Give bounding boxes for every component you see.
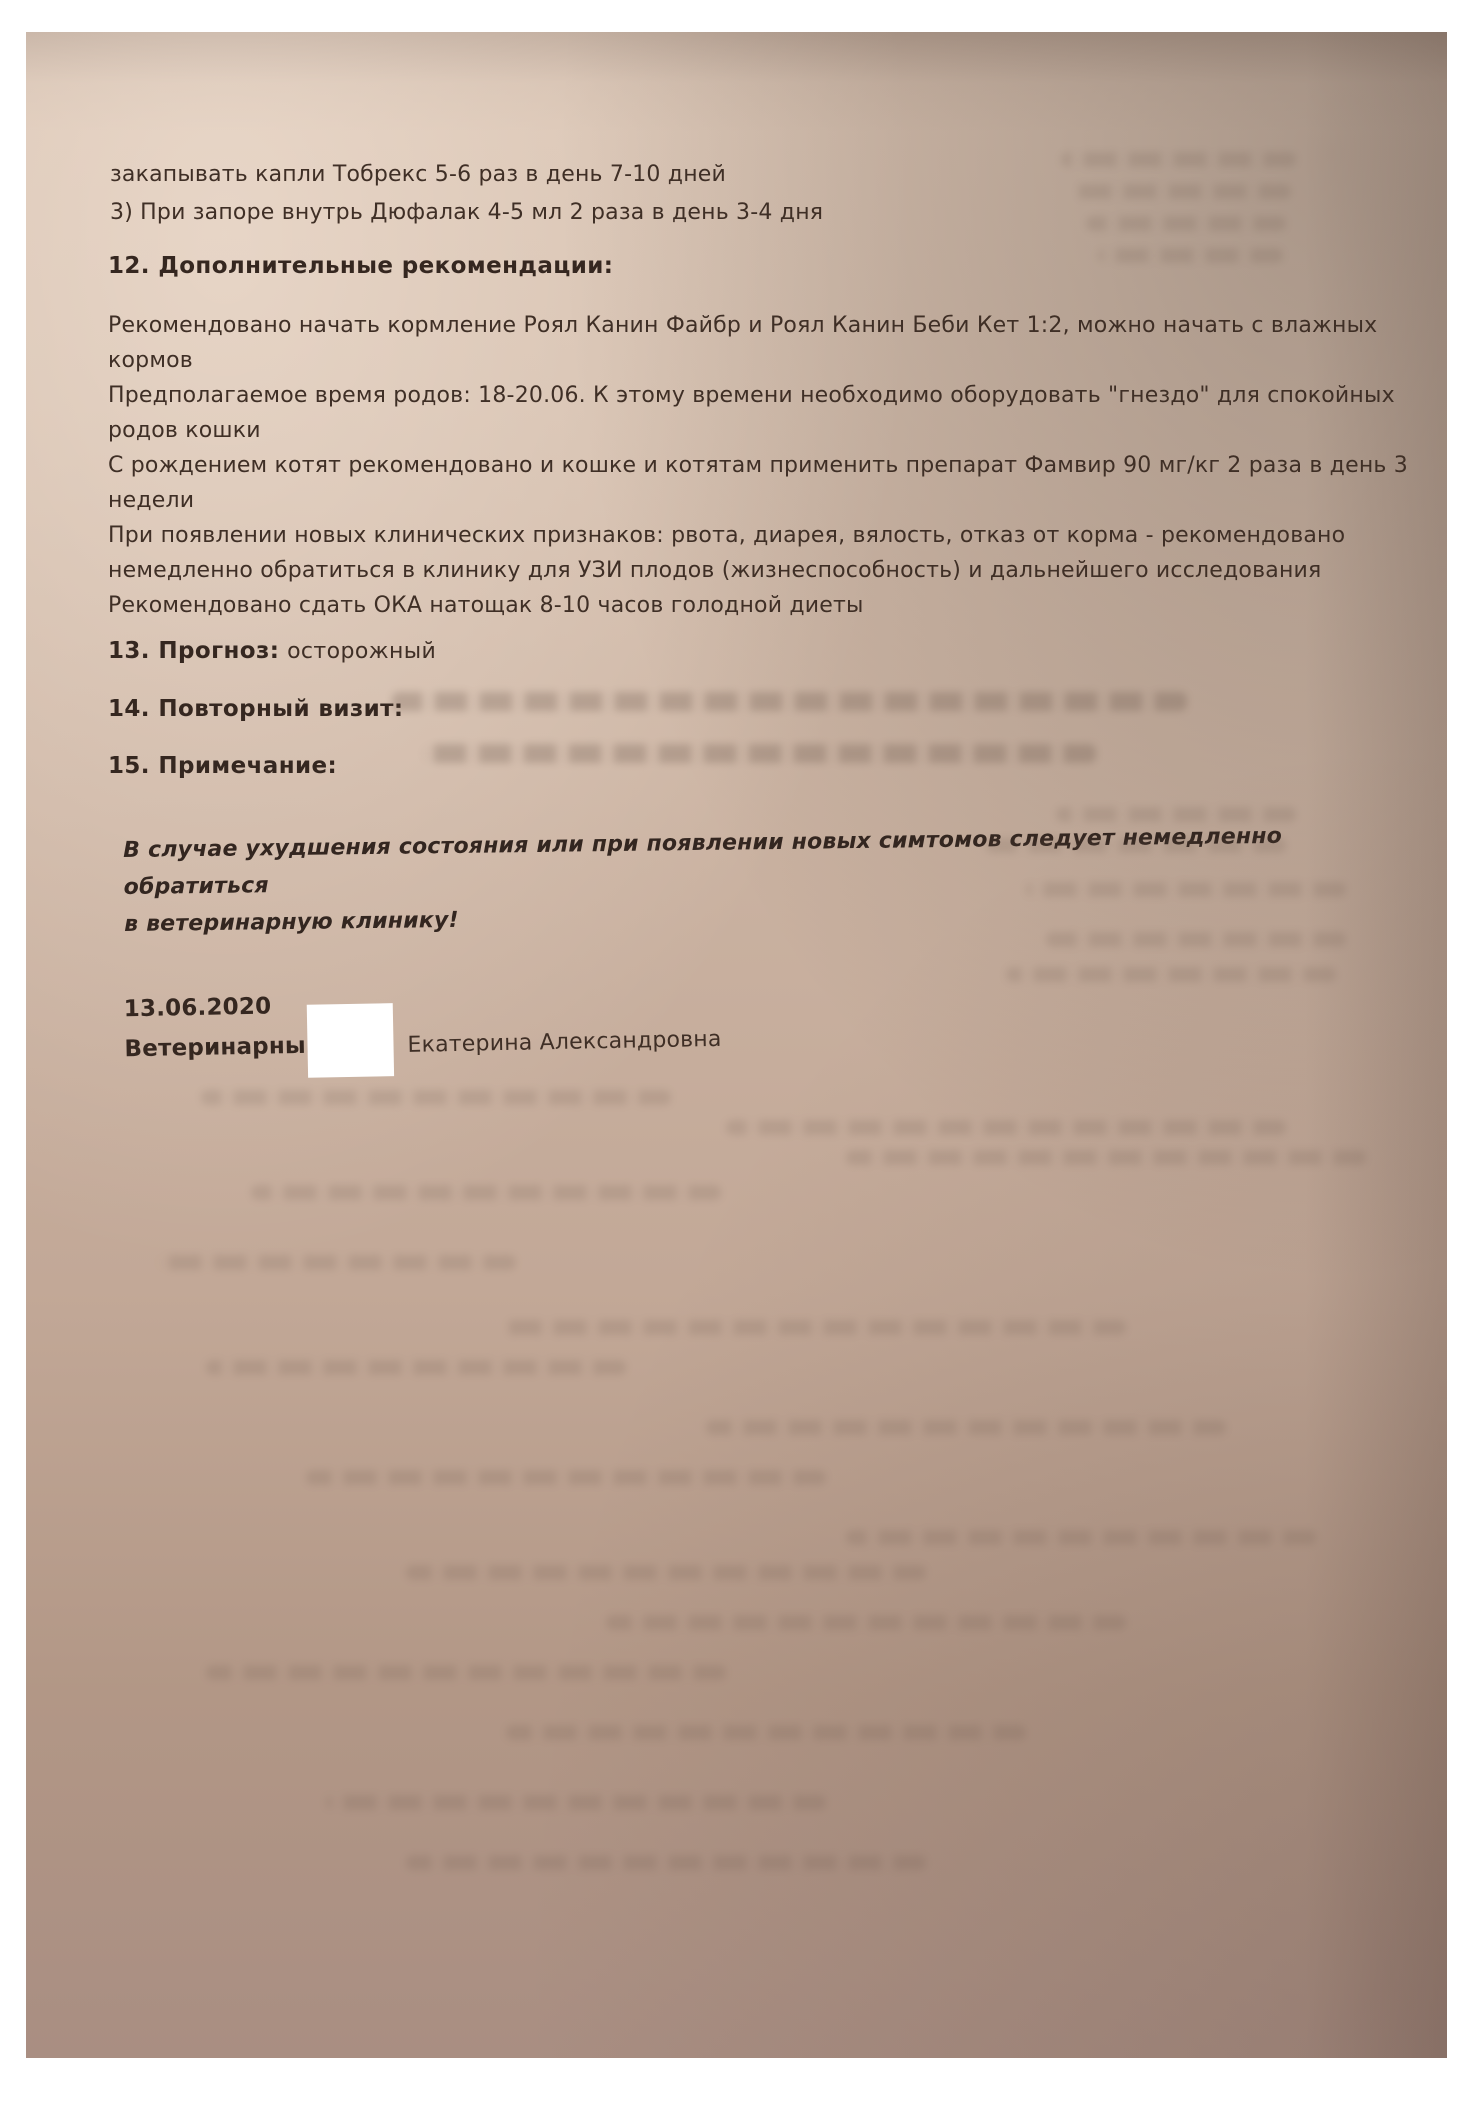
photo-background: закапывать капли Тобрекс 5-6 раз в день …	[0, 0, 1472, 2104]
bleedthrough-line	[326, 1795, 826, 1810]
document-photo: закапывать капли Тобрекс 5-6 раз в день …	[26, 32, 1447, 2058]
bleedthrough-title	[421, 744, 1096, 763]
bleedthrough-line	[1086, 216, 1286, 231]
bleedthrough-line	[251, 1185, 721, 1200]
bleedthrough-line	[206, 1360, 626, 1375]
bleedthrough-line	[1076, 184, 1291, 199]
bleedthrough-line	[206, 1665, 726, 1680]
bleedthrough-line	[406, 1565, 926, 1580]
bleedthrough-line	[846, 1150, 1366, 1165]
bleedthrough-line	[1006, 967, 1336, 982]
bleedthrough-line	[1098, 248, 1283, 263]
bleedthrough-line	[1046, 932, 1346, 947]
bleedthrough-line	[406, 1855, 926, 1870]
visit-date: 13.06.2020	[124, 993, 272, 1022]
bleedthrough-line	[1061, 152, 1296, 167]
bleedthrough-line	[1056, 807, 1296, 822]
bleedthrough-line	[506, 1320, 1126, 1335]
bleedthrough-line	[201, 1090, 671, 1105]
bleedthrough-line	[986, 838, 1286, 853]
bleedthrough-line	[846, 1530, 1316, 1545]
redaction-box	[307, 1003, 394, 1078]
bleedthrough-line	[506, 1725, 1026, 1740]
bleedthrough-line	[726, 1120, 1286, 1135]
bleedthrough-line	[156, 1255, 516, 1270]
footer-group: 13.06.2020 Ветеринарный врач Екатерина А…	[26, 5, 1472, 2058]
bleedthrough-line	[306, 1470, 826, 1485]
bleedthrough-line	[706, 1420, 1226, 1435]
bleedthrough-line	[606, 1615, 1126, 1630]
doctor-name: Екатерина Александровна	[407, 1027, 722, 1058]
bleedthrough-title	[392, 692, 1187, 711]
bleedthrough-line	[1026, 882, 1346, 897]
